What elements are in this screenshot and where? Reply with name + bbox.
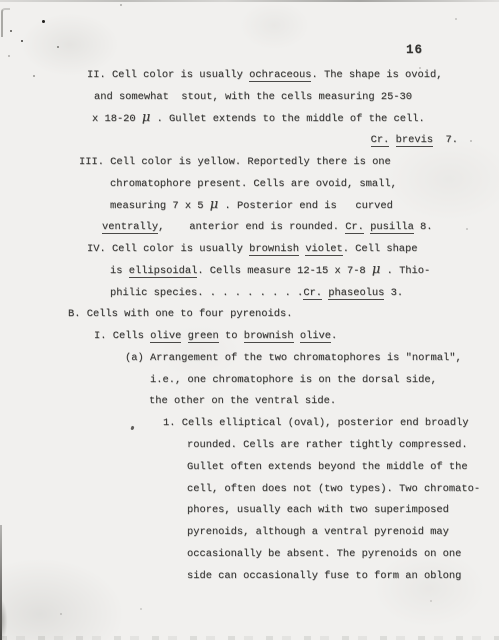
text-segment: 1. Cells elliptical (oval), posterior en… [163,417,469,429]
text-line: side can occasionally fuse to form an ob… [0,566,499,588]
text-segment: . The shape is ovoid, [311,69,442,81]
text-segment: 3. [384,287,403,299]
underlined-term: olive [150,330,181,343]
scanned-page: 16 II. Cell color is usually ochraceous.… [0,0,499,640]
text-segment [181,330,187,342]
scan-speck [42,20,45,23]
underlined-term: brownish [249,243,299,256]
underlined-term: Cr. [303,287,322,300]
text-line: philic species. . . . . . . . .Cr. phase… [0,283,499,305]
text-line: and somewhat stout, with the cells measu… [0,87,499,109]
text-segment: i.e., one chromatophore is on the dorsal… [150,374,437,386]
text-segment: B. Cells with one to four pyrenoids. [68,308,292,320]
underlined-term: brevis [396,134,433,147]
scan-speck [60,613,62,615]
scan-edge-bottom [0,636,499,640]
scan-speck [140,608,142,610]
text-segment: II. Cell color is usually [87,69,249,81]
underlined-term: ventrally [102,221,158,234]
text-segment: is [110,265,129,277]
underlined-term: pusilla [370,221,414,234]
scan-speck [57,46,59,48]
scan-speck [419,67,421,69]
text-segment: side can occasionally fuse to form an ob… [187,570,461,582]
text-line: the other on the ventral side. [0,391,499,413]
text-line: Cr. brevis 7. [0,130,499,152]
underlined-term: olive [300,330,331,343]
underlined-term: phaseolus [328,287,384,300]
text-segment: the other on the ventral side. [149,395,336,407]
text-line: rounded. Cells are rather tightly compre… [0,435,499,457]
text-line: measuring 7 x 5 μ . Posterior end is cur… [0,196,499,218]
scan-speck [430,600,432,602]
text-segment: 8. [414,221,433,233]
text-line: x 18-20 μ . Gullet extends to the middle… [0,109,499,131]
scan-edge-top [0,0,499,2]
scan-speck [466,228,468,230]
text-segment: III. Cell color is yellow. Reportedly th… [79,156,391,168]
text-segment [294,330,300,342]
text-line: (a) Arrangement of the two chromatophore… [0,348,499,370]
text-segment: . [331,330,337,342]
underlined-term: Cr. [345,221,364,234]
text-segment: 7. [433,134,458,146]
text-line: occasionally be absent. The pyrenoids on… [0,544,499,566]
text-line: Gullet often extends beyond the middle o… [0,457,499,479]
text-segment: chromatophore present. Cells are ovoid, … [110,178,397,190]
underlined-term: ochraceous [249,69,311,82]
text-line: B. Cells with one to four pyrenoids. [0,304,499,326]
underlined-term: Cr. [371,134,390,147]
text-segment: occasionally be absent. The pyrenoids on… [187,548,461,560]
text-segment: (a) Arrangement of the two chromatophore… [125,352,462,364]
text-segment: pyrenoids, although a ventral pyrenoid m… [187,526,449,538]
text-segment: Gullet often extends beyond the middle o… [187,461,468,473]
scan-speck [470,140,472,142]
scan-speck [120,4,122,6]
mu-symbol: μ [210,197,218,212]
text-segment: x 18-20 [92,113,142,125]
scan-edge-left-blotch [0,592,10,640]
text-segment: cell, often does not (two types). Two ch… [187,483,480,495]
text-segment: philic species. . . . . . . . . [110,287,303,299]
text-segment: . Gullet extends to the middle of the ce… [150,113,424,125]
text-segment: IV. Cell color is usually [87,243,249,255]
text-line: cell, often does not (two types). Two ch… [0,479,499,501]
text-segment: . Posterior end is curved [218,200,393,212]
underlined-term: brownish [244,330,294,343]
typewritten-text: II. Cell color is usually ochraceous. Th… [0,65,499,587]
text-line: chromatophore present. Cells are ovoid, … [0,174,499,196]
text-line: i.e., one chromatophore is on the dorsal… [0,370,499,392]
text-line: 1. Cells elliptical (oval), posterior en… [0,413,499,435]
underlined-term: violet [305,243,342,256]
text-line: I. Cells olive green to brownish olive. [0,326,499,348]
scan-speck [8,55,10,57]
text-segment: measuring 7 x 5 [110,200,210,212]
text-line: III. Cell color is yellow. Reportedly th… [0,152,499,174]
text-line: II. Cell color is usually ochraceous. Th… [0,65,499,87]
text-segment: and somewhat stout, with the cells measu… [94,91,412,103]
text-line: ventrally, anterior end is rounded. Cr. … [0,217,499,239]
text-segment: . Cells measure 12-15 x 7-8 [197,265,372,277]
text-segment: phores, usually each with two superimpos… [187,504,449,516]
text-segment: to [219,330,244,342]
underlined-term: ellipsoidal [129,265,198,278]
scan-speck [10,30,12,32]
scan-corner-mark [1,8,10,37]
text-segment: , anterior end is rounded. [158,221,345,233]
scan-speck [455,18,457,20]
text-line: IV. Cell color is usually brownish viole… [0,239,499,261]
text-segment: I. Cells [94,330,150,342]
scan-speck [21,40,23,42]
text-segment: . Thio- [380,265,430,277]
page-number: 16 [406,43,423,57]
text-segment: rounded. Cells are rather tightly compre… [187,439,468,451]
text-segment: . Cell shape [343,243,418,255]
text-line: pyrenoids, although a ventral pyrenoid m… [0,522,499,544]
text-line: phores, usually each with two superimpos… [0,500,499,522]
underlined-term: green [188,330,219,343]
text-line: is ellipsoidal. Cells measure 12-15 x 7-… [0,261,499,283]
scan-speck [33,75,35,77]
text-segment [389,134,395,146]
